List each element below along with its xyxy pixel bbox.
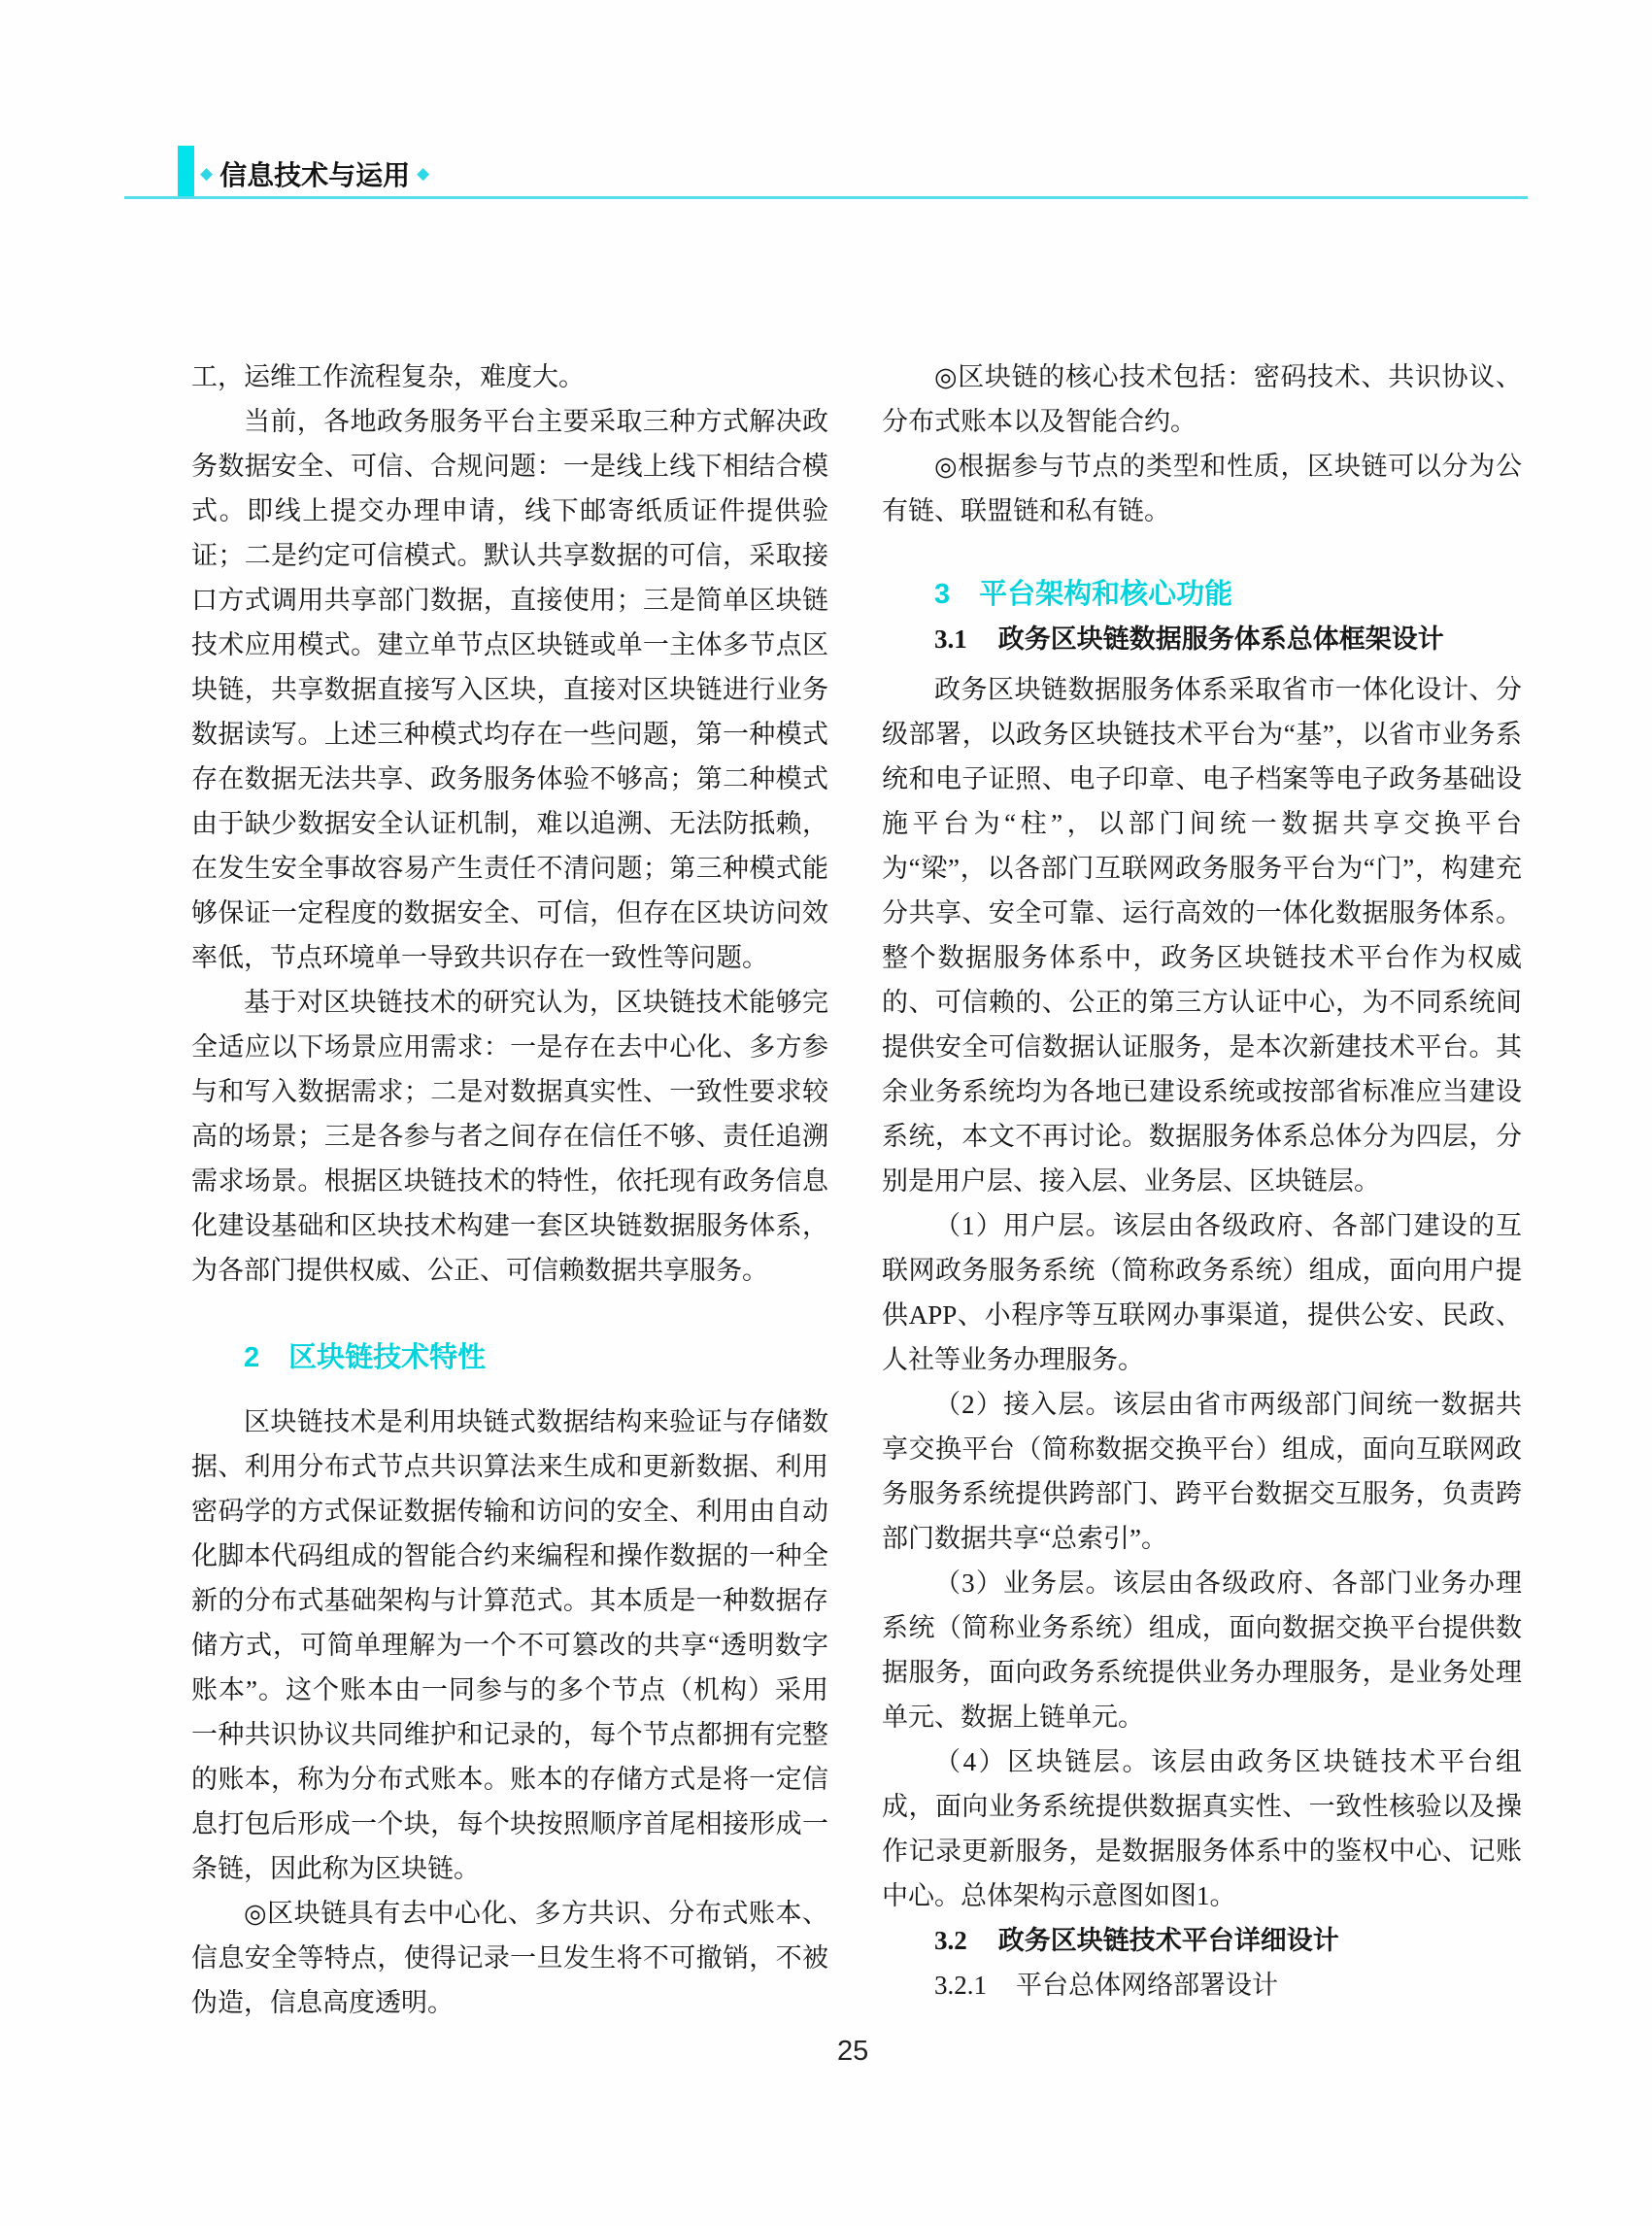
paragraph-access-layer: （2）接入层。该层由省市两级部门间统一数据共享交换平台（简称数据交换平台）组成，… <box>882 1382 1522 1561</box>
section-heading-3: 3平台架构和核心功能 <box>934 572 1522 617</box>
paragraph-continuation: 工，运维工作流程复杂，难度大。 <box>191 354 828 399</box>
subsection-heading-3-2: 3.2政务区块链技术平台详细设计 <box>934 1918 1522 1963</box>
page-header: ◆ 信息技术与运用 ◆ <box>200 152 429 196</box>
section-number: 3 <box>934 579 950 610</box>
right-column: ◎区块链的核心技术包括：密码技术、共识协议、分布式账本以及智能合约。 ◎根据参与… <box>882 354 1522 2007</box>
column-section-title: 信息技术与运用 <box>219 154 410 193</box>
paragraph-three-modes: 当前，各地政务服务平台主要采取三种方式解决政务数据安全、可信、合规问题：一是线上… <box>191 399 828 980</box>
subsection-title: 政务区块链技术平台详细设计 <box>998 1926 1339 1955</box>
paragraph-research: 基于对区块链技术的研究认为，区块链技术能够完全适应以下场景应用需求：一是存在去中… <box>191 980 828 1293</box>
header-accent-bar <box>178 146 194 197</box>
section-title: 平台架构和核心功能 <box>979 579 1232 610</box>
subsection-heading-3-1: 3.1政务区块链数据服务体系总体框架设计 <box>934 617 1522 661</box>
subsection-heading-3-2-1: 3.2.1平台总体网络部署设计 <box>934 1963 1522 2007</box>
section-title: 区块链技术特性 <box>288 1342 486 1373</box>
paragraph-user-layer: （1）用户层。该层由各级政府、各部门建设的互联网政务服务系统（简称政务系统）组成… <box>882 1203 1522 1382</box>
subsection-number: 3.1 <box>934 624 967 654</box>
paragraph-business-layer: （3）业务层。该层由各级政府、各部门业务办理系统（简称业务系统）组成，面向数据交… <box>882 1561 1522 1739</box>
diamond-left-icon: ◆ <box>200 166 213 183</box>
subsection-number: 3.2 <box>934 1926 967 1955</box>
journal-page: ◆ 信息技术与运用 ◆ 工，运维工作流程复杂，难度大。 当前，各地政务服务平台主… <box>0 0 1652 2226</box>
subsection-title: 政务区块链数据服务体系总体框架设计 <box>998 624 1444 654</box>
paragraph-blockchain-definition: 区块链技术是利用块链式数据结构来验证与存储数据、利用分布式节点共识算法来生成和更… <box>191 1400 828 1891</box>
bullet-blockchain-features: ◎区块链具有去中心化、多方共识、分布式账本、信息安全等特点，使得记录一旦发生将不… <box>191 1891 828 2025</box>
left-column: 工，运维工作流程复杂，难度大。 当前，各地政务服务平台主要采取三种方式解决政务数… <box>191 354 828 2025</box>
paragraph-framework-design: 政务区块链数据服务体系采取省市一体化设计、分级部署，以政务区块链技术平台为“基”… <box>882 667 1522 1203</box>
subsection-number: 3.2.1 <box>934 1971 987 2000</box>
subsection-title: 平台总体网络部署设计 <box>1016 1971 1278 2000</box>
bullet-core-technologies: ◎区块链的核心技术包括：密码技术、共识协议、分布式账本以及智能合约。 <box>882 354 1522 444</box>
section-number: 2 <box>244 1342 259 1373</box>
header-rule <box>124 196 1528 199</box>
section-heading-2: 2区块链技术特性 <box>244 1335 828 1380</box>
diamond-right-icon: ◆ <box>417 166 429 183</box>
bullet-chain-types: ◎根据参与节点的类型和性质，区块链可以分为公有链、联盟链和私有链。 <box>882 444 1522 533</box>
page-number: 25 <box>837 2036 868 2068</box>
paragraph-blockchain-layer: （4）区块链层。该层由政务区块链技术平台组成，面向业务系统提供数据真实性、一致性… <box>882 1739 1522 1918</box>
